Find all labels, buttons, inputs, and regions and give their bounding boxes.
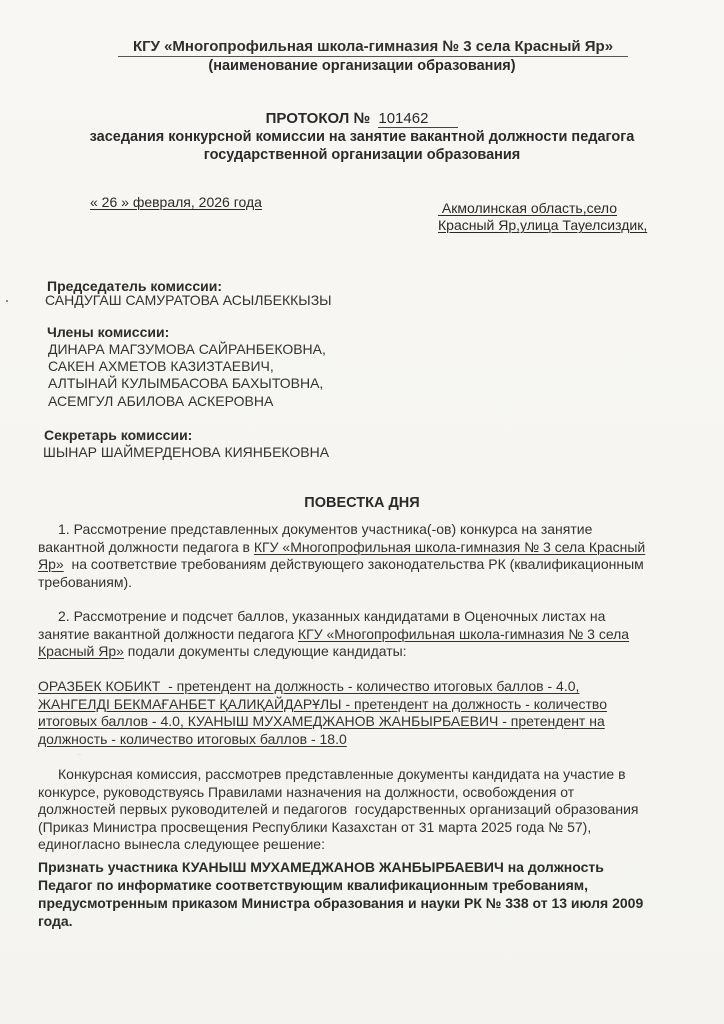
agenda-title: ПОВЕСТКА ДНЯ	[0, 495, 724, 511]
candidate-line: должность - количество итоговых баллов -…	[38, 731, 347, 747]
organization-name: КГУ «Многопрофильная школа-гимназия № 3 …	[118, 38, 628, 57]
member-name: САКЕН АХМЕТОВ КАЗИЗТАЕВИЧ,	[48, 358, 274, 374]
candidates-list: ОРАЗБЕК КОБИКТ - претендент на должность…	[38, 678, 678, 748]
place-line1: Акмолинская область,село	[438, 200, 647, 217]
resolution-line: единогласно вынесла следующее решение:	[38, 836, 678, 854]
agenda-item-2: 2. Рассмотрение и подсчет баллов, указан…	[38, 608, 678, 661]
agenda-item-2-text: 2. Рассмотрение и подсчет баллов, указан…	[58, 608, 605, 624]
resolution-line: должностей первых руководителей и педаго…	[38, 801, 678, 819]
meeting-place: Акмолинская область,село Красный Яр,улиц…	[438, 200, 647, 234]
resolution-line: Конкурсная комиссия, рассмотрев представ…	[58, 766, 626, 782]
agenda-item-2-org: Красный Яр»	[38, 643, 124, 659]
place-line2: Красный Яр,улица Тауелсиздик,	[438, 217, 647, 234]
protocol-title: ПРОТОКОЛ № 101462	[0, 110, 724, 128]
member-name: АСЕМГУЛ АБИЛОВА АСКЕРОВНА	[48, 393, 273, 409]
decision-line: Педагог по информатике соответствующим к…	[38, 876, 698, 894]
scan-mark: ··	[77, 752, 81, 758]
member-name: АЛТЫНАЙ КУЛЫМБАСОВА БАХЫТОВНА,	[48, 375, 323, 391]
protocol-title-prefix: ПРОТОКОЛ №	[266, 110, 371, 127]
decision-paragraph: Признать участника КУАНЫШ МУХАМЕДЖАНОВ Ж…	[38, 858, 698, 930]
protocol-number: 101462	[378, 110, 458, 128]
decision-line: предусмотренным приказом Министра образо…	[38, 894, 698, 912]
agenda-item-1-org: Яр»	[38, 556, 64, 572]
resolution-line: конкурсе, руководствуясь Правилами назна…	[38, 784, 678, 802]
candidate-line: ОРАЗБЕК КОБИКТ - претендент на должность…	[38, 678, 579, 694]
decision-line: года.	[38, 912, 698, 930]
organization-caption: (наименование организации образования)	[0, 58, 724, 74]
agenda-item-1-text: 1. Рассмотрение представленных документо…	[58, 521, 592, 537]
candidate-line: итоговых баллов - 4.0, КУАНЫШ МУХАМЕДЖАН…	[38, 713, 605, 729]
protocol-subtitle-line2: государственной организации образования	[0, 146, 724, 164]
document-page: КГУ «Многопрофильная школа-гимназия № 3 …	[0, 0, 724, 1024]
decision-line: Признать участника КУАНЫШ МУХАМЕДЖАНОВ Ж…	[38, 858, 698, 876]
candidate-line: ЖАНГЕЛДІ БЕКМАҒАНБЕТ ҚАЛИҚАЙДАРҰЛЫ - пре…	[38, 696, 607, 712]
agenda-item-1: 1. Рассмотрение представленных документо…	[38, 521, 678, 591]
scan-speck	[6, 300, 8, 302]
meeting-date: « 26 » февраля, 2026 года	[90, 194, 262, 210]
protocol-subtitle-line1: заседания конкурсной комиссии на занятие…	[0, 128, 724, 146]
secretary-label: Секретарь комиссии:	[44, 427, 192, 443]
agenda-item-1-text: вакантной должности педагога в	[38, 539, 254, 555]
agenda-item-2-text: подали документы следующие кандидаты:	[124, 643, 407, 659]
resolution-line: (Приказ Министра просвещения Республики …	[38, 819, 678, 837]
agenda-item-2-org: КГУ «Многопрофильная школа-гимназия № 3 …	[298, 626, 629, 642]
agenda-item-1-text: требованиям).	[38, 574, 678, 592]
chair-name: САНДУГАШ САМУРАТОВА АСЫЛБЕККЫЗЫ	[45, 292, 332, 308]
resolution-paragraph: Конкурсная комиссия, рассмотрев представ…	[38, 766, 678, 854]
secretary-name: ШЫНАР ШАЙМЕРДЕНОВА КИЯНБЕКОВНА	[43, 444, 329, 460]
agenda-item-2-text: занятие вакантной должности педагога	[38, 626, 298, 642]
member-name: ДИНАРА МАГЗУМОВА САЙРАНБЕКОВНА,	[48, 341, 326, 357]
agenda-item-1-text: на соответствие требованиям действующего…	[64, 556, 644, 572]
members-label: Члены комиссии:	[47, 324, 169, 340]
agenda-item-1-org: КГУ «Многопрофильная школа-гимназия № 3 …	[254, 539, 645, 555]
protocol-subtitle: заседания конкурсной комиссии на занятие…	[0, 128, 724, 164]
